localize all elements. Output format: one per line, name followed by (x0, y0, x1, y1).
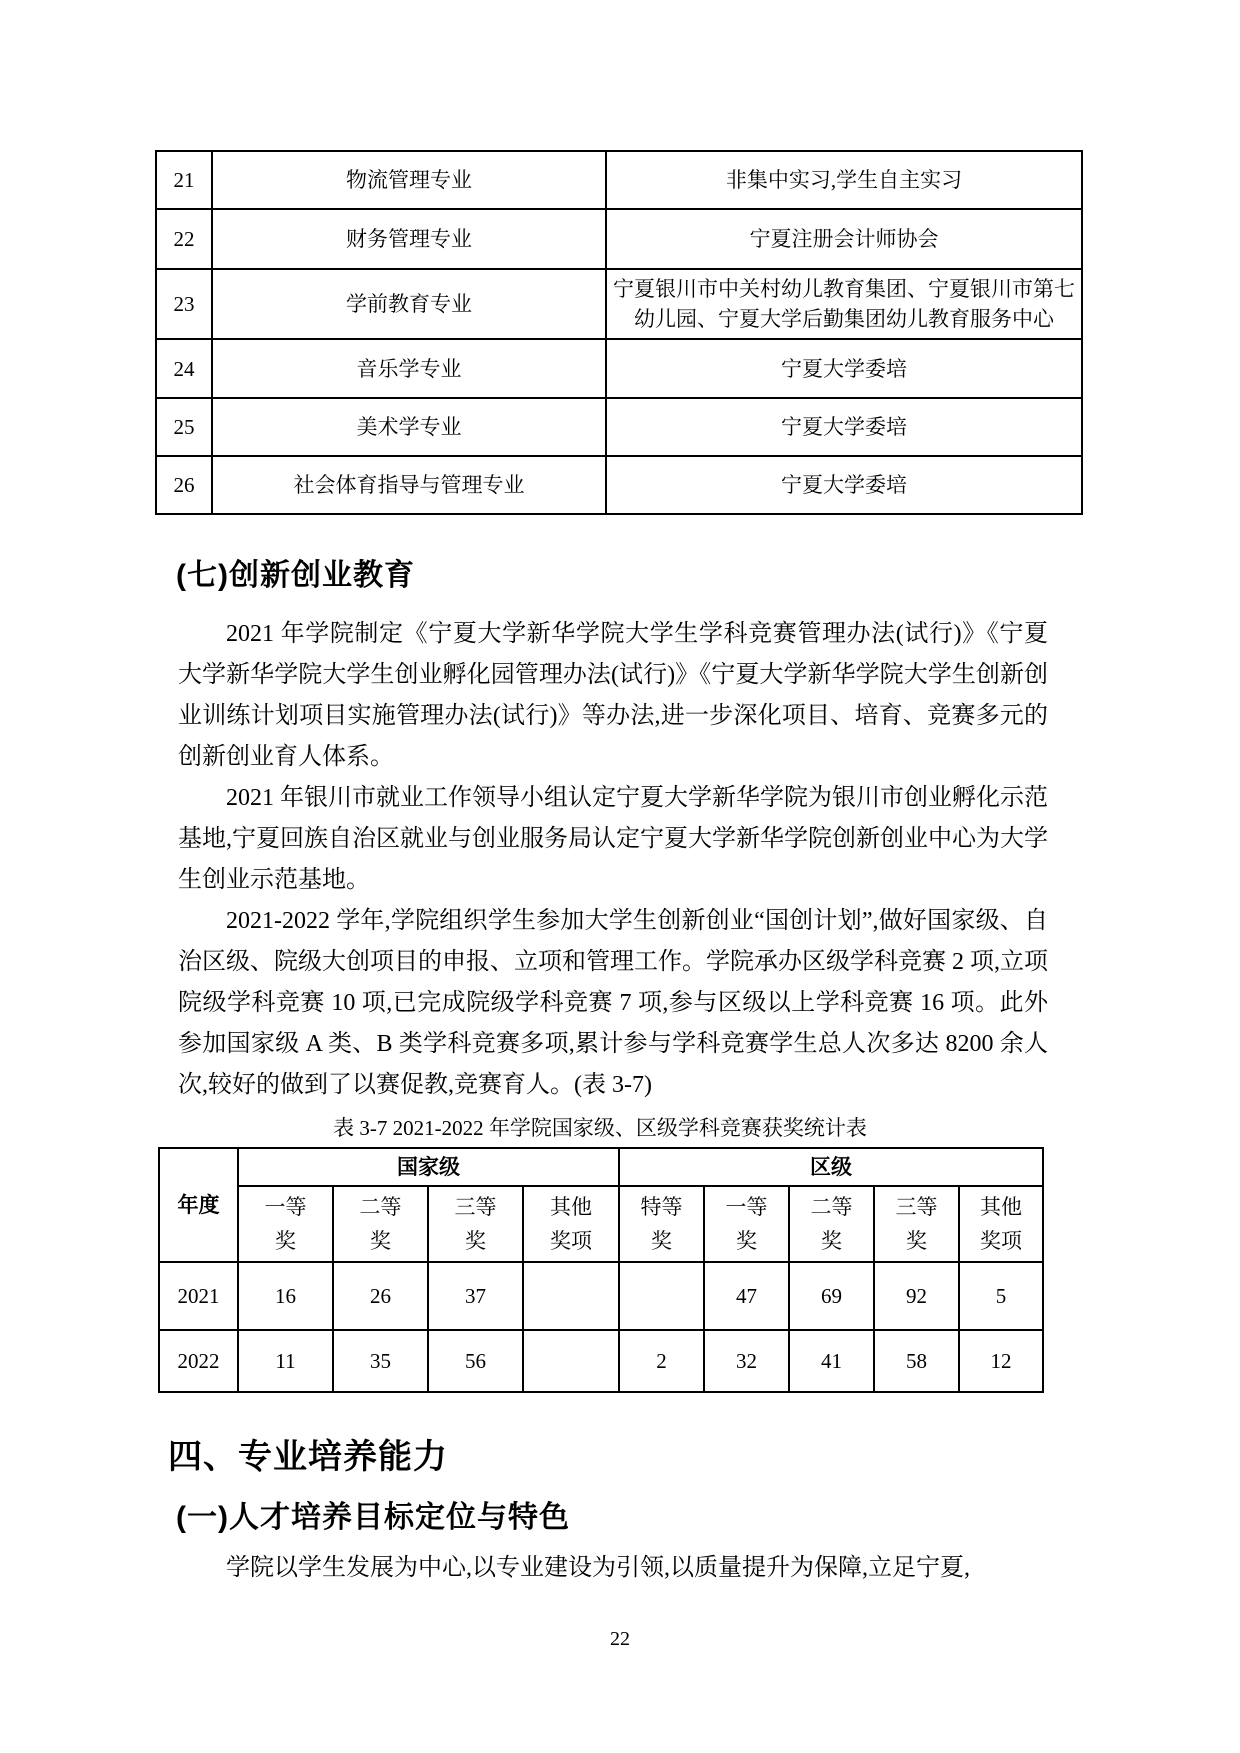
header-cell: 二等 奖 (333, 1186, 428, 1262)
major-cell: 音乐学专业 (212, 339, 606, 398)
value-cell (619, 1262, 704, 1330)
table-row: 21 物流管理专业 非集中实习,学生自主实习 (156, 151, 1082, 209)
table-row: 26 社会体育指导与管理专业 宁夏大学委培 (156, 456, 1082, 514)
paragraph-capability: 学院以学生发展为中心,以专业建设为引领,以质量提升为保障,立足宁夏, (178, 1548, 1048, 1589)
major-cell: 财务管理专业 (212, 209, 606, 269)
value-cell: 41 (789, 1330, 874, 1392)
value-cell: 16 (238, 1262, 333, 1330)
award-data-row: 2021 16 26 37 47 69 92 5 (159, 1262, 1043, 1330)
header-cell: 其他 奖项 (523, 1186, 619, 1262)
section-heading-capability: 四、专业培养能力 (168, 1435, 448, 1479)
header-cell: 三等 奖 (874, 1186, 959, 1262)
row-number-cell: 25 (156, 398, 212, 456)
award-data-row: 2022 11 35 56 2 32 41 58 12 (159, 1330, 1043, 1392)
table-row: 22 财务管理专业 宁夏注册会计师协会 (156, 209, 1082, 269)
paragraph-innovation-2: 2021 年银川市就业工作领导小组认定宁夏大学新华学院为银川市创业孵化示范基地,… (178, 778, 1048, 901)
value-cell (523, 1262, 619, 1330)
award-header-group-row: 年度 国家级 区级 (159, 1148, 1043, 1186)
partner-cell: 宁夏注册会计师协会 (606, 209, 1082, 269)
section-subheading-talent-goal: (一)人才培养目标定位与特色 (176, 1498, 570, 1538)
row-number-cell: 26 (156, 456, 212, 514)
regional-group-cell: 区级 (619, 1148, 1043, 1186)
year-cell: 2021 (159, 1262, 238, 1330)
table-row: 24 音乐学专业 宁夏大学委培 (156, 339, 1082, 398)
value-cell: 2 (619, 1330, 704, 1392)
row-number-cell: 22 (156, 209, 212, 269)
major-cell: 社会体育指导与管理专业 (212, 456, 606, 514)
value-cell: 58 (874, 1330, 959, 1392)
row-number-cell: 23 (156, 269, 212, 339)
partner-cell: 非集中实习,学生自主实习 (606, 151, 1082, 209)
paragraph-innovation-1: 2021 年学院制定《宁夏大学新华学院大学生学科竞赛管理办法(试行)》《宁夏大学… (178, 614, 1048, 778)
header-cell: 特等 奖 (619, 1186, 704, 1262)
partner-cell: 宁夏银川市中关村幼儿教育集团、宁夏银川市第七幼儿园、宁夏大学后勤集团幼儿教育服务… (606, 269, 1082, 339)
partner-cell: 宁夏大学委培 (606, 339, 1082, 398)
partner-cell: 宁夏大学委培 (606, 398, 1082, 456)
value-cell: 11 (238, 1330, 333, 1392)
section-heading-innovation: (七)创新创业教育 (176, 556, 415, 596)
table-row: 23 学前教育专业 宁夏银川市中关村幼儿教育集团、宁夏银川市第七幼儿园、宁夏大学… (156, 269, 1082, 339)
header-cell: 三等 奖 (428, 1186, 523, 1262)
value-cell: 32 (704, 1330, 789, 1392)
page-number: 22 (0, 1628, 1240, 1651)
award-table-caption: 表 3-7 2021-2022 年学院国家级、区级学科竞赛获奖统计表 (158, 1114, 1042, 1142)
header-cell: 二等 奖 (789, 1186, 874, 1262)
year-header-cell: 年度 (159, 1148, 238, 1262)
value-cell: 92 (874, 1262, 959, 1330)
major-cell: 学前教育专业 (212, 269, 606, 339)
value-cell: 56 (428, 1330, 523, 1392)
header-cell: 一等 奖 (238, 1186, 333, 1262)
major-cell: 美术学专业 (212, 398, 606, 456)
paragraph-innovation-3: 2021-2022 学年,学院组织学生参加大学生创新创业“国创计划”,做好国家级… (178, 901, 1048, 1106)
value-cell: 12 (959, 1330, 1043, 1392)
value-cell: 35 (333, 1330, 428, 1392)
value-cell: 69 (789, 1262, 874, 1330)
major-cell: 物流管理专业 (212, 151, 606, 209)
national-group-cell: 国家级 (238, 1148, 619, 1186)
value-cell: 26 (333, 1262, 428, 1330)
value-cell (523, 1330, 619, 1392)
value-cell: 47 (704, 1262, 789, 1330)
year-cell: 2022 (159, 1330, 238, 1392)
row-number-cell: 24 (156, 339, 212, 398)
table-row: 25 美术学专业 宁夏大学委培 (156, 398, 1082, 456)
award-header-sub-row: 一等 奖 二等 奖 三等 奖 其他 奖项 特等 奖 一等 奖 二等 奖 三等 奖… (159, 1186, 1043, 1262)
internship-partner-table: 21 物流管理专业 非集中实习,学生自主实习 22 财务管理专业 宁夏注册会计师… (155, 150, 1083, 515)
row-number-cell: 21 (156, 151, 212, 209)
award-statistics-table: 年度 国家级 区级 一等 奖 二等 奖 三等 奖 其他 奖项 特等 奖 一等 奖… (158, 1147, 1044, 1393)
document-page: 21 物流管理专业 非集中实习,学生自主实习 22 财务管理专业 宁夏注册会计师… (0, 0, 1240, 1753)
header-cell: 其他 奖项 (959, 1186, 1043, 1262)
value-cell: 37 (428, 1262, 523, 1330)
partner-cell: 宁夏大学委培 (606, 456, 1082, 514)
header-cell: 一等 奖 (704, 1186, 789, 1262)
value-cell: 5 (959, 1262, 1043, 1330)
